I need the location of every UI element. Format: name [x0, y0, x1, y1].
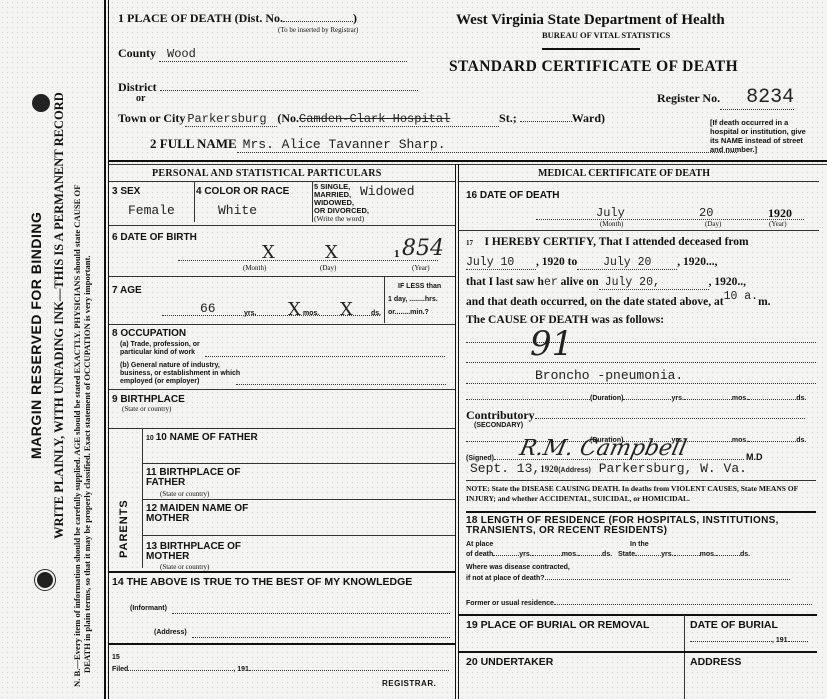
form-left-border-inner [108, 0, 109, 699]
sex-value[interactable]: Female [128, 203, 175, 218]
in-the-label: In the [630, 541, 649, 548]
age-label: 7 AGE [112, 285, 142, 296]
seal-icon [32, 94, 50, 112]
month-caption: (Month) [243, 264, 266, 272]
county-value: Wood [159, 47, 196, 61]
informant-address-label: (Address) [154, 629, 187, 636]
birthplace-label: 9 BIRTHPLACE [112, 394, 185, 405]
dob-year[interactable]: 854 [402, 236, 444, 261]
signed-date-address[interactable]: Sept. 13,1920(Address) Parkersburg, W. V… [470, 461, 747, 476]
or-label: or [136, 93, 145, 104]
mother-birthplace-note: (State or country) [160, 563, 209, 571]
day-caption: (Day) [705, 220, 721, 228]
occupation-a-field[interactable] [205, 356, 445, 357]
full-name-value: Mrs. Alice Tavanner Sharp. [237, 137, 446, 152]
occupation-label: 8 OCCUPATION [112, 328, 186, 339]
sex-label: 3 SEX [112, 186, 140, 197]
dob-month[interactable]: X [262, 242, 275, 263]
rule [384, 277, 385, 323]
age-years[interactable]: 66 [200, 301, 216, 316]
undertaker-address-label[interactable]: ADDRESS [690, 656, 741, 668]
year-caption: (Year) [769, 220, 787, 228]
residence-duration[interactable]: of deathyrs.mos.ds. Stateyrs.mos.ds. [466, 551, 750, 558]
cause-line-3 [466, 383, 816, 384]
medical-heading: MEDICAL CERTIFICATE OF DEATH [538, 168, 710, 179]
binding-margin: MARGIN RESERVED FOR BINDING WRITE PLAINL… [0, 0, 110, 699]
rule [459, 181, 819, 182]
rule [109, 643, 455, 645]
rule [109, 324, 455, 325]
agency-title: West Virginia State Department of Health [456, 12, 725, 29]
ds-caption: ds. [371, 310, 381, 317]
cause-line-2 [466, 362, 816, 363]
former-residence-field[interactable]: Former or usual residence [466, 600, 812, 607]
dob-year-prefix: 1 [394, 248, 400, 260]
rule [194, 182, 195, 222]
informant-label: (Informant) [130, 605, 167, 612]
dob-day[interactable]: X [325, 242, 338, 263]
cause-line-1 [466, 342, 816, 343]
filed-field[interactable]: Filed, 191 [112, 666, 449, 673]
contributory-field[interactable]: Contributory [466, 408, 805, 423]
mother-name-label: 12 MAIDEN NAME OF MOTHER [146, 504, 266, 524]
physician-signature: R.M. Campbell [517, 436, 688, 461]
attendance-dates[interactable]: July 10, 1920 toJuly 20, 1920..., [466, 256, 717, 270]
dob-line [178, 260, 438, 261]
rule [466, 480, 816, 481]
burial-date-label: DATE OF BURIAL [690, 619, 778, 631]
occupation-a-label: (a) Trade, profession, or particular kin… [120, 341, 225, 357]
race-label: 4 COLOR OR RACE [196, 186, 289, 197]
burial-date-field[interactable]: , 191 [690, 637, 808, 644]
rule [459, 614, 817, 616]
violent-causes-note: NOTE: State the DISEASE CAUSING DEATH. I… [466, 484, 816, 504]
occupation-b-label: (b) General nature of industry, business… [120, 362, 245, 386]
town-value: Parkersburg [185, 112, 266, 126]
date-of-death-label: 16 DATE OF DEATH [466, 190, 560, 201]
undertaker-label[interactable]: 20 UNDERTAKER [466, 656, 553, 668]
section-rule [109, 160, 827, 162]
dod-day[interactable]: 20 [699, 206, 713, 220]
county-field[interactable]: County Wood [118, 46, 407, 62]
birthplace-note: (State or country) [122, 405, 171, 413]
certificate-title: STANDARD CERTIFICATE OF DEATH [449, 58, 738, 76]
burial-place-label[interactable]: 19 PLACE OF BURIAL OR REMOVAL [466, 619, 649, 631]
rule [143, 499, 455, 500]
district-field[interactable]: District [118, 80, 418, 95]
parents-label: PARENTS [118, 499, 130, 558]
rule [459, 230, 819, 231]
last-seen-date[interactable]: that I last saw her alive onJuly 20,, 19… [466, 276, 746, 290]
registrar-label: REGISTRAR. [382, 679, 436, 688]
residence-label: 18 LENGTH OF RESIDENCE (FOR HOSPITALS, I… [466, 516, 816, 536]
register-number: 8234 [746, 86, 794, 109]
nb-line-2: DEATH in plain terms, so that it may be … [82, 185, 92, 688]
rule [143, 535, 455, 536]
year-caption: (Year) [412, 264, 430, 272]
knowledge-statement: 14 THE ABOVE IS TRUE TO THE BEST OF MY K… [112, 576, 412, 588]
rule [684, 615, 685, 699]
margin-nb-note: N. B.—Every item of information should b… [72, 185, 92, 688]
mos-caption: mos. [303, 310, 319, 317]
town-field[interactable]: Town or CityParkersburg(No.Camden-Clark … [118, 111, 605, 127]
rule [143, 463, 455, 464]
form-left-border [104, 0, 106, 699]
rule [109, 225, 455, 226]
nb-line-1: N. B.—Every item of information should b… [72, 185, 82, 688]
informant-field[interactable] [172, 613, 450, 614]
marital-value[interactable]: Widowed [360, 184, 415, 199]
less-than-day: IF LESS than1 day, ........hrs.or.......… [388, 280, 441, 319]
rule [459, 651, 817, 653]
contracted-label: Where was disease contracted, [466, 564, 570, 571]
personal-heading: PERSONAL AND STATISTICAL PARTICULARS [152, 168, 382, 179]
rule [109, 428, 455, 429]
father-birthplace-note: (State or country) [160, 490, 209, 498]
secondary-label: (SECONDARY) [474, 422, 523, 429]
father-name-label: 10 10 NAME OF FATHER [146, 433, 258, 444]
contracted-field[interactable]: if not at place of death? [466, 575, 790, 582]
dob-label: 6 DATE OF BIRTH [112, 232, 197, 243]
certify-statement: 17 I HEREBY CERTIFY, That I attended dec… [466, 236, 749, 248]
register-field: Register No.8234 [657, 86, 794, 110]
informant-address-field[interactable] [192, 637, 450, 638]
mother-birthplace-label: 13 BIRTHPLACE OF MOTHER [146, 542, 266, 562]
at-place-label: At place [466, 541, 493, 548]
column-divider [455, 164, 456, 699]
rule [109, 571, 455, 573]
seal-icon [35, 570, 55, 590]
rule [109, 181, 455, 182]
header-rule [542, 48, 640, 50]
dist-note: (To be inserted by Registrar) [278, 26, 358, 34]
dod-year[interactable]: 1920 [768, 206, 792, 221]
filed-number: 15 [112, 654, 120, 661]
place-of-death-label: 1 PLACE OF DEATH (Dist. No.) [118, 11, 357, 26]
rule [312, 182, 313, 222]
race-value[interactable]: White [218, 203, 257, 218]
rule [109, 276, 455, 277]
father-birthplace-label: 11 BIRTHPLACE OF FATHER [146, 468, 266, 488]
time-of-death[interactable]: and that death occurred, on the date sta… [466, 296, 771, 309]
cause-code[interactable]: 91 [530, 324, 573, 364]
column-divider-2 [458, 164, 459, 699]
age-months[interactable]: X [288, 299, 301, 320]
yrs-caption: yrs. [244, 310, 256, 317]
occupation-b-field[interactable] [236, 384, 446, 385]
rule [109, 389, 455, 390]
section-rule-thin [109, 164, 827, 165]
full-name-field[interactable]: 2 FULL NAMEMrs. Alice Tavanner Sharp. [150, 136, 737, 153]
margin-binding-text: MARGIN RESERVED FOR BINDING [28, 212, 44, 459]
dod-line [536, 219, 804, 220]
institution-value: Camden-Clark Hospital [299, 112, 450, 126]
cause-of-death[interactable]: Broncho -pneumonia. [535, 368, 683, 383]
margin-permanent-record: WRITE PLAINLY, WITH UNFADING INK—THIS IS… [52, 92, 67, 539]
bureau-title: BUREAU OF VITAL STATISTICS [542, 30, 670, 40]
month-caption: (Month) [600, 220, 623, 228]
dod-month[interactable]: July [596, 206, 625, 220]
rule [466, 511, 816, 513]
duration-1[interactable]: (Duration)yrs.mos.ds. [466, 395, 806, 402]
day-caption: (Day) [320, 264, 336, 272]
age-days[interactable]: X [340, 299, 353, 320]
